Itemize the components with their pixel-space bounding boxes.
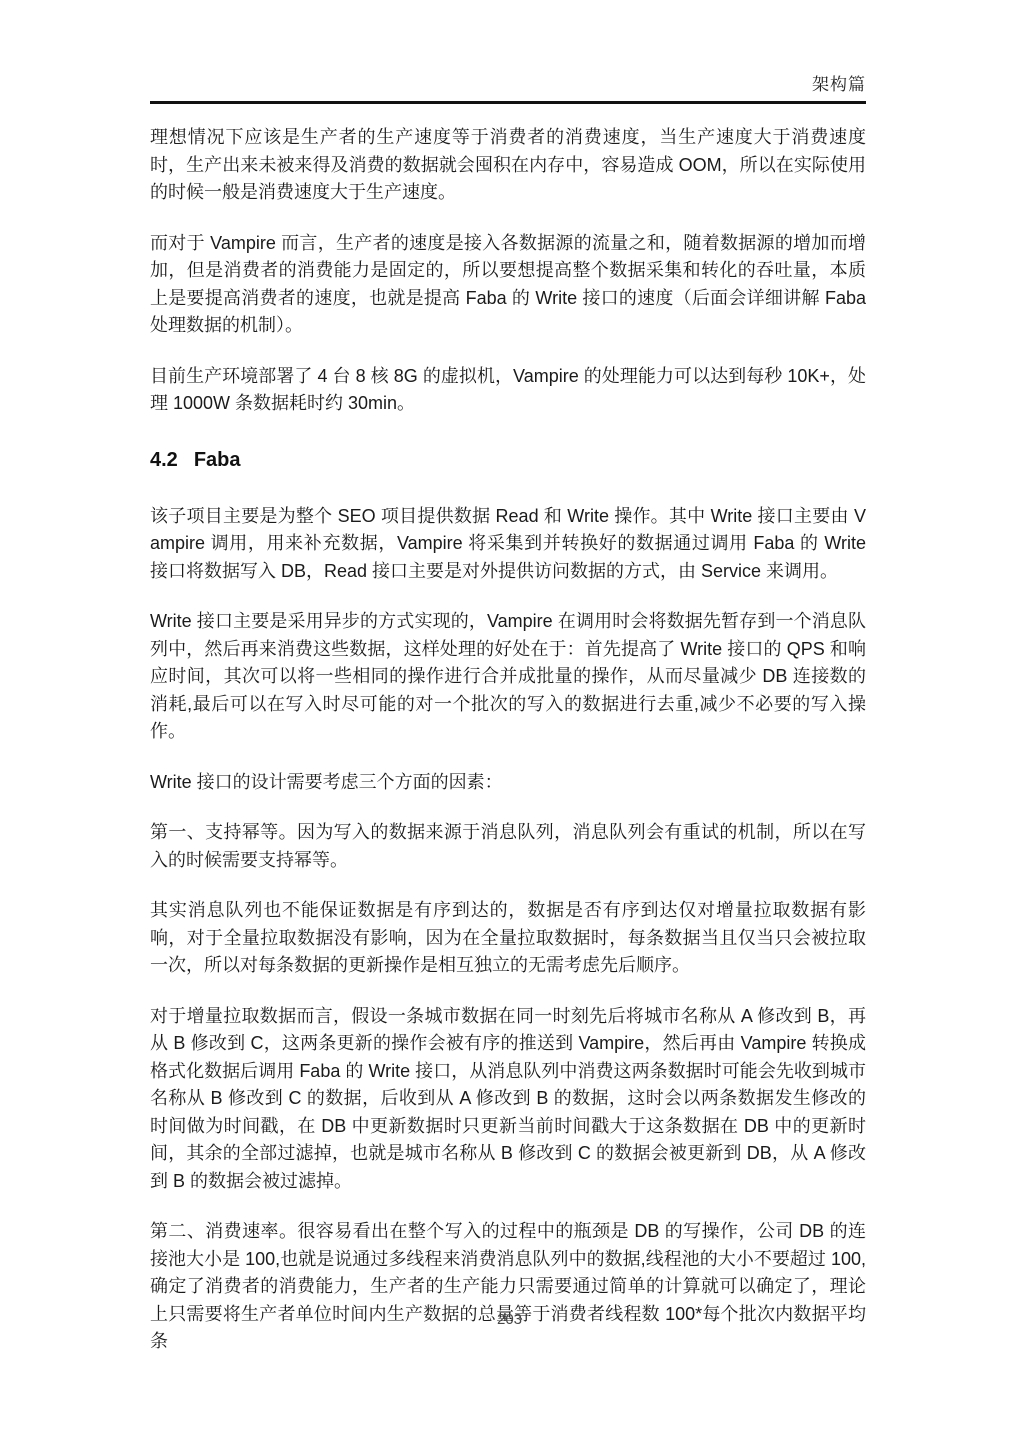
body-paragraph-2: 而对于 Vampire 而言，生产者的速度是接入各数据源的流量之和，随着数据源的… bbox=[150, 230, 866, 340]
body-paragraph-8: 其实消息队列也不能保证数据是有序到达的，数据是否有序到达仅对增量拉取数据有影响，… bbox=[150, 897, 866, 980]
page-content: 理想情况下应该是生产者的生产速度等于消费者的消费速度，当生产速度大于消费速度时，… bbox=[150, 124, 866, 1379]
body-paragraph-1: 理想情况下应该是生产者的生产速度等于消费者的消费速度，当生产速度大于消费速度时，… bbox=[150, 124, 866, 207]
body-paragraph-10: 第二、消费速率。很容易看出在整个写入的过程中的瓶颈是 DB 的写操作，公司 DB… bbox=[150, 1218, 866, 1356]
body-paragraph-5: Write 接口主要是采用异步的方式实现的，Vampire 在调用时会将数据先暂… bbox=[150, 608, 866, 746]
body-paragraph-6: Write 接口的设计需要考虑三个方面的因素： bbox=[150, 769, 866, 797]
body-paragraph-3: 目前生产环境部署了 4 台 8 核 8G 的虚拟机，Vampire 的处理能力可… bbox=[150, 363, 866, 418]
body-paragraph-4: 该子项目主要是为整个 SEO 项目提供数据 Read 和 Write 操作。其中… bbox=[150, 503, 866, 586]
running-header: 架构篇 bbox=[150, 70, 866, 104]
section-title: Faba bbox=[194, 449, 241, 471]
body-paragraph-7: 第一、支持幂等。因为写入的数据来源于消息队列，消息队列会有重试的机制，所以在写入… bbox=[150, 819, 866, 874]
body-paragraph-9: 对于增量拉取数据而言，假设一条城市数据在同一时刻先后将城市名称从 A 修改到 B… bbox=[150, 1003, 866, 1196]
page-number: 203 bbox=[0, 1311, 1019, 1328]
document-page: 架构篇 理想情况下应该是生产者的生产速度等于消费者的消费速度，当生产速度大于消费… bbox=[0, 0, 1019, 1440]
section-number: 4.2 bbox=[150, 449, 178, 471]
section-heading: 4.2Faba bbox=[150, 448, 866, 472]
